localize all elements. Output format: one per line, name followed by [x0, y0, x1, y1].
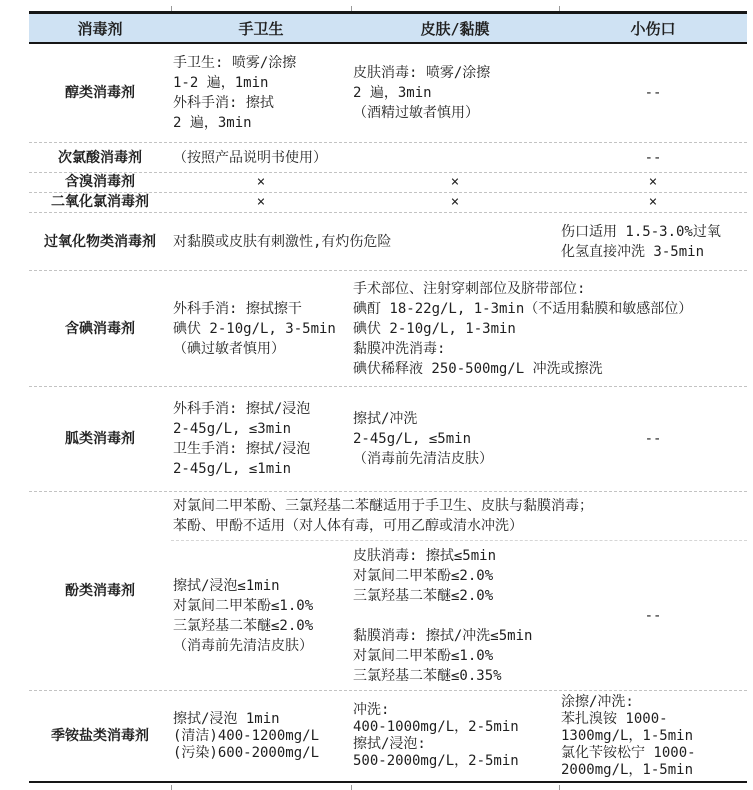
- table-cell: ×: [351, 193, 559, 212]
- table-row: 含碘消毒剂外科手消: 擦拭擦干 碘伏 2-10g/L, 3-5min （碘过敏者…: [29, 270, 747, 386]
- table-cell: 手卫生: 喷雾/涂擦 1-2 遍，1min 外科手消: 擦拭 2 遍，3min: [171, 51, 351, 135]
- table-cell: 对黏膜或皮肤有刺激性,有灼伤危险: [171, 230, 559, 254]
- table-row: 季铵盐类消毒剂擦拭/浸泡 1min (清洁)400-1200mg/L (污染)6…: [29, 690, 747, 781]
- table-cell: 擦拭/冲洗 2-45g/L, ≤5min （消毒前先清洁皮肤）: [351, 407, 559, 471]
- table-row: 次氯酸消毒剂（按照产品说明书使用）--: [29, 142, 747, 172]
- row-label: 醇类消毒剂: [29, 81, 171, 105]
- table-row: 酚类消毒剂对氯间二甲苯酚、三氯羟基二苯醚适用于手卫生、皮肤与黏膜消毒； 苯酚、甲…: [29, 491, 747, 690]
- table-cell: 手术部位、注射穿刺部位及脐带部位: 碘酊 18-22g/L, 1-3min（不适…: [351, 277, 747, 381]
- column-boundary-tick: [351, 6, 352, 11]
- row-label: 胍类消毒剂: [29, 427, 171, 451]
- table-cell: 擦拭/浸泡≤1min 对氯间二甲苯酚≤1.0% 三氯羟基二苯醚≤2.0% （消毒…: [171, 574, 351, 658]
- table-row: 胍类消毒剂外科手消: 擦拭/浸泡 2-45g/L, ≤3min 卫生手消: 擦拭…: [29, 386, 747, 491]
- header-col-small-wound: 小伤口: [559, 18, 747, 39]
- table-cell: --: [559, 427, 747, 451]
- row-label: 过氧化物类消毒剂: [29, 230, 171, 254]
- column-boundary-tick: [171, 6, 172, 11]
- table-cell: ×: [559, 173, 747, 192]
- row-label: 酚类消毒剂: [29, 579, 171, 603]
- table-cell: ×: [351, 173, 559, 192]
- table-cell: --: [559, 81, 747, 105]
- table-cell: 伤口适用 1.5-3.0%过氧 化氢直接冲洗 3-5min: [559, 220, 747, 264]
- row-label: 二氧化氯消毒剂: [29, 193, 171, 212]
- table-cell: --: [559, 604, 747, 628]
- table-cell: 皮肤消毒: 喷雾/涂擦 2 遍，3min （酒精过敏者慎用）: [351, 61, 559, 125]
- table-row: 醇类消毒剂手卫生: 喷雾/涂擦 1-2 遍，1min 外科手消: 擦拭 2 遍，…: [29, 44, 747, 142]
- table-cell: ×: [171, 193, 351, 212]
- table-row: 过氧化物类消毒剂对黏膜或皮肤有刺激性,有灼伤危险伤口适用 1.5-3.0%过氧 …: [29, 212, 747, 270]
- table-body: 醇类消毒剂手卫生: 喷雾/涂擦 1-2 遍，1min 外科手消: 擦拭 2 遍，…: [29, 44, 747, 783]
- header-col-hand-hygiene: 手卫生: [171, 18, 351, 39]
- table-cell: 外科手消: 擦拭擦干 碘伏 2-10g/L, 3-5min （碘过敏者慎用）: [171, 297, 351, 361]
- row-label: 季铵盐类消毒剂: [29, 726, 171, 747]
- table-cell: 皮肤消毒: 擦拭≤5min 对氯间二甲苯酚≤2.0% 三氯羟基二苯醚≤2.0% …: [351, 544, 559, 688]
- header-col-disinfectant: 消毒剂: [29, 18, 171, 39]
- table-cell: ×: [171, 173, 351, 192]
- row-label: 含碘消毒剂: [29, 317, 171, 341]
- table-cell: ×: [559, 193, 747, 212]
- table-cell: （按照产品说明书使用）: [171, 146, 559, 170]
- table-header: 消毒剂 手卫生 皮肤/黏膜 小伤口: [29, 14, 747, 44]
- table-cell: 涂擦/冲洗: 苯扎溴铵 1000- 1300mg/L，1-5min 氯化苄铵松宁…: [559, 692, 747, 781]
- column-boundary-tick: [351, 785, 352, 790]
- row-label: 次氯酸消毒剂: [29, 146, 171, 170]
- table-cell: 冲洗: 400-1000mg/L，2-5min 擦拭/浸泡: 500-2000m…: [351, 700, 559, 772]
- header-col-skin-mucosa: 皮肤/黏膜: [351, 18, 559, 39]
- disinfectant-table: 消毒剂 手卫生 皮肤/黏膜 小伤口 醇类消毒剂手卫生: 喷雾/涂擦 1-2 遍，…: [29, 11, 747, 783]
- table-row: 含溴消毒剂×××: [29, 172, 747, 192]
- row-label: 含溴消毒剂: [29, 173, 171, 192]
- row-intro-note: 对氯间二甲苯酚、三氯羟基二苯醚适用于手卫生、皮肤与黏膜消毒； 苯酚、甲酚不适用（…: [171, 492, 747, 541]
- table-cell: 外科手消: 擦拭/浸泡 2-45g/L, ≤3min 卫生手消: 擦拭/浸泡 2…: [171, 397, 351, 481]
- column-boundary-tick: [559, 6, 560, 11]
- table-cell: --: [559, 146, 747, 170]
- table-cell: 擦拭/浸泡 1min (清洁)400-1200mg/L (污染)600-2000…: [171, 709, 351, 764]
- column-boundary-tick: [559, 785, 560, 790]
- table-row: 二氧化氯消毒剂×××: [29, 192, 747, 212]
